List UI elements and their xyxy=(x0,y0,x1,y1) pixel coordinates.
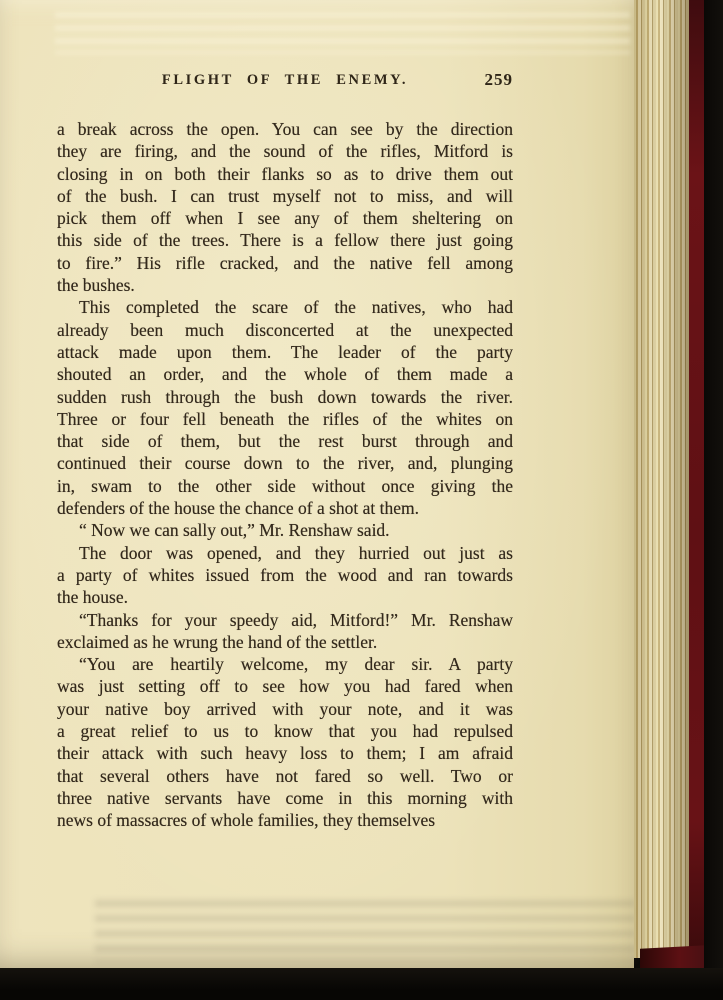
text-line: to fire.” His rifle cracked, and the nat… xyxy=(57,252,513,274)
text-line: of the bush. I can trust myself not to m… xyxy=(57,185,513,207)
text-line: This completed the scare of the natives,… xyxy=(57,296,513,318)
paragraph: The door was opened, and they hurried ou… xyxy=(57,542,513,609)
text-line: closing in on both their flanks so as to… xyxy=(57,163,513,185)
scan-shadow-streaks-bottom xyxy=(95,900,635,962)
page-fore-edge-stack xyxy=(634,0,689,958)
paragraph: “ Now we can sally out,” Mr. Renshaw sai… xyxy=(57,519,513,541)
text-line: already been much disconcerted at the un… xyxy=(57,319,513,341)
paragraph: This completed the scare of the natives,… xyxy=(57,296,513,519)
text-line: a great relief to us to know that you ha… xyxy=(57,720,513,742)
text-line: “ Now we can sally out,” Mr. Renshaw sai… xyxy=(57,519,513,541)
text-line: “You are heartily welcome, my dear sir. … xyxy=(57,653,513,675)
text-line: defenders of the house the chance of a s… xyxy=(57,497,513,519)
text-line: Three or four fell beneath the rifles of… xyxy=(57,408,513,430)
text-line: was just setting off to see how you had … xyxy=(57,675,513,697)
text-line: shouted an order, and the whole of them … xyxy=(57,363,513,385)
scan-light-streaks-top xyxy=(55,12,630,54)
page-number: 259 xyxy=(485,72,514,90)
text-line: The door was opened, and they hurried ou… xyxy=(57,542,513,564)
text-line: the house. xyxy=(57,586,513,608)
text-line: attack made upon them. The leader of the… xyxy=(57,341,513,363)
running-head-row: FLIGHT OF THE ENEMY. 259 xyxy=(57,72,513,94)
text-line: in, swam to the other side without once … xyxy=(57,475,513,497)
paragraph: “You are heartily welcome, my dear sir. … xyxy=(57,653,513,831)
text-line: that several others have not fared so we… xyxy=(57,765,513,787)
text-line: sudden rush through the bush down toward… xyxy=(57,386,513,408)
book-cover-strip xyxy=(689,0,704,966)
text-line: your native boy arrived with your note, … xyxy=(57,698,513,720)
text-line: the bushes. xyxy=(57,274,513,296)
book-scan: { "colors": { "paper": "#ece2b9", "ink":… xyxy=(0,0,723,1000)
text-line: exclaimed as he wrung the hand of the se… xyxy=(57,631,513,653)
chapter-running-head: FLIGHT OF THE ENEMY. xyxy=(57,72,513,89)
paragraph: a break across the open. You can see by … xyxy=(57,118,513,296)
text-line: three native servants have come in this … xyxy=(57,787,513,809)
backdrop-bottom xyxy=(0,968,723,1000)
text-line: news of massacres of whole families, the… xyxy=(57,809,513,831)
text-line: this side of the trees. There is a fello… xyxy=(57,229,513,251)
page-body: a break across the open. You can see by … xyxy=(57,118,513,832)
text-line: that side of them, but the rest burst th… xyxy=(57,430,513,452)
text-line: a break across the open. You can see by … xyxy=(57,118,513,140)
text-line: “Thanks for your speedy aid, Mitford!” M… xyxy=(57,609,513,631)
text-line: continued their course down to the river… xyxy=(57,452,513,474)
text-line: their attack with such heavy loss to the… xyxy=(57,742,513,764)
backdrop-right xyxy=(704,0,723,1000)
text-line: pick them off when I see any of them she… xyxy=(57,207,513,229)
text-line: a party of whites issued from the wood a… xyxy=(57,564,513,586)
paragraph: “Thanks for your speedy aid, Mitford!” M… xyxy=(57,609,513,654)
text-line: they are firing, and the sound of the ri… xyxy=(57,140,513,162)
text-column: FLIGHT OF THE ENEMY. 259 a break across … xyxy=(57,72,513,832)
